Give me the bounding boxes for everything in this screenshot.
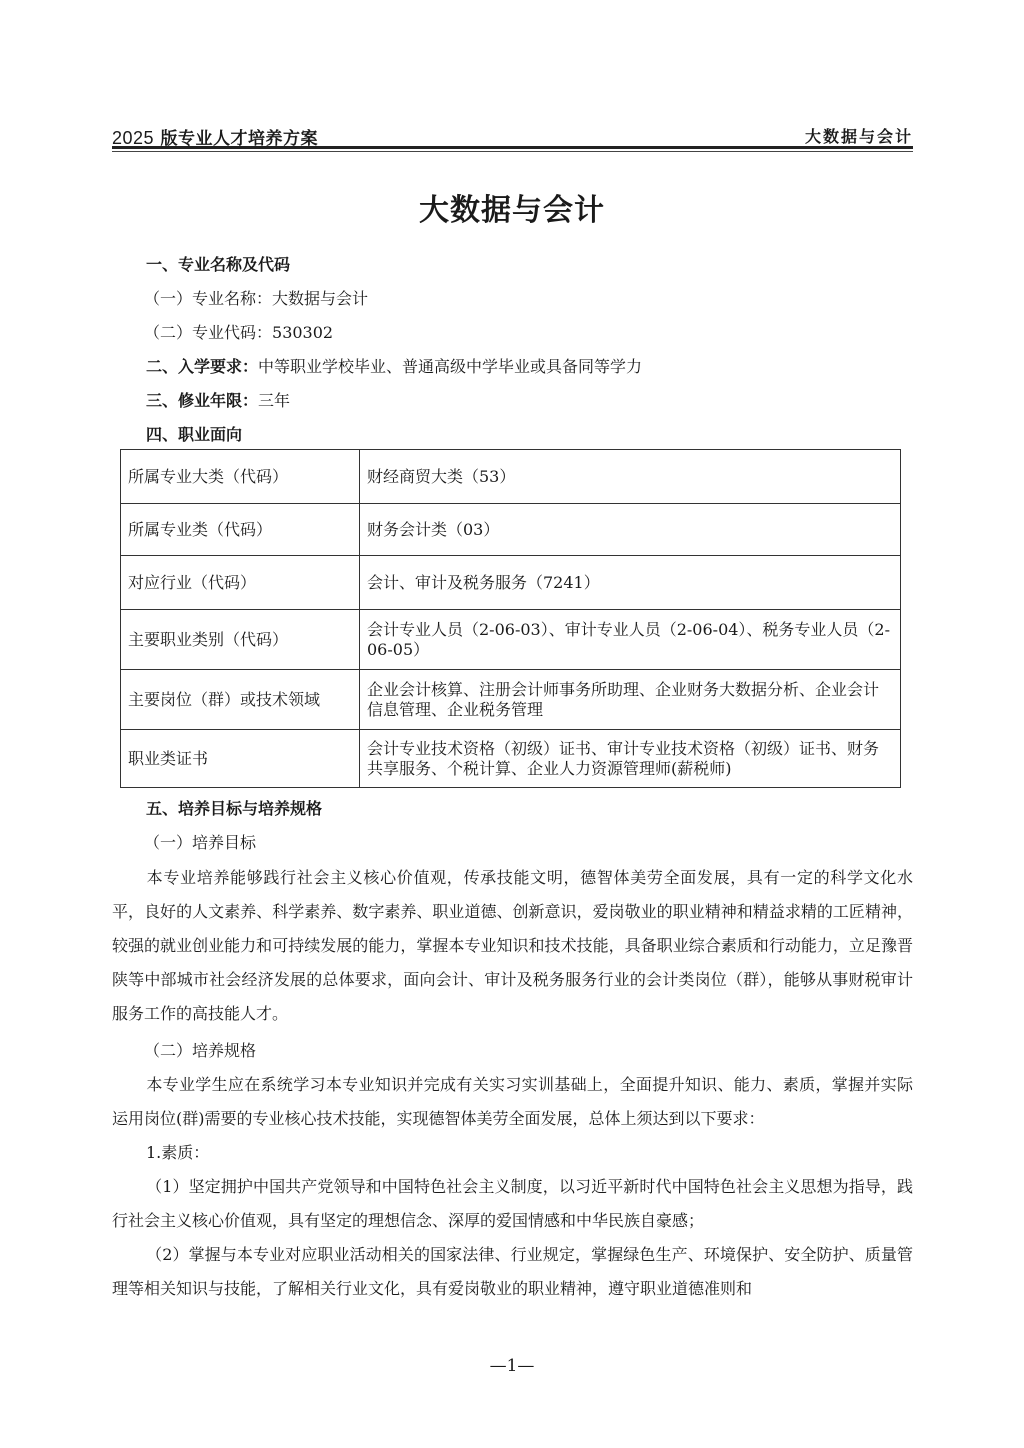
page-header: 2025 版专业人才培养方案 大数据与会计 bbox=[112, 124, 913, 148]
duration-heading: 三、修业年限： bbox=[146, 391, 258, 410]
training-goal-paragraph: 本专业培养能够践行社会主义核心价值观，传承技能文明，德智体美劳全面发展，具有一定… bbox=[112, 861, 913, 1031]
section5-heading: 五、培养目标与培养规格 bbox=[146, 798, 322, 820]
table-row: 主要岗位（群）或技术领域 企业会计核算、注册会计师事务所助理、企业财务大数据分析… bbox=[121, 670, 901, 730]
section4-heading: 四、职业面向 bbox=[146, 424, 242, 446]
quality-item-2: （2）掌握与本专业对应职业活动相关的国家法律、行业规定，掌握绿色生产、环境保护、… bbox=[112, 1238, 913, 1306]
career-orientation-table: 所属专业大类（代码） 财经商贸大类（53） 所属专业类（代码） 财务会计类（03… bbox=[120, 449, 901, 788]
page-title: 大数据与会计 bbox=[0, 185, 1024, 229]
table-row: 所属专业类（代码） 财务会计类（03） bbox=[121, 504, 901, 556]
training-goal-heading: （一）培养目标 bbox=[144, 832, 256, 854]
quality-item-1-text: （1）坚定拥护中国共产党领导和中国特色社会主义制度，以习近平新时代中国特色社会主… bbox=[112, 1177, 913, 1230]
table-row: 主要职业类别（代码） 会计专业人员（2-06-03）、审计专业人员（2-06-0… bbox=[121, 610, 901, 670]
table-cell-value: 财务会计类（03） bbox=[360, 504, 901, 556]
major-code-label: （二）专业代码： bbox=[144, 323, 272, 342]
header-major-name: 大数据与会计 bbox=[805, 124, 913, 147]
training-spec-text: 本专业学生应在系统学习本专业知识并完成有关实习实训基础上，全面提升知识、能力、素… bbox=[112, 1075, 913, 1128]
table-cell-value: 会计专业技术资格（初级）证书、审计专业技术资格（初级）证书、财务共享服务、个税计… bbox=[360, 730, 901, 788]
major-name-line: （一）专业名称：大数据与会计 bbox=[144, 288, 368, 310]
training-spec-heading: （二）培养规格 bbox=[144, 1040, 256, 1062]
header-rule bbox=[112, 146, 913, 149]
header-year: 2025 bbox=[112, 128, 154, 148]
quality-heading: 1.素质： bbox=[146, 1142, 209, 1164]
duration-line: 三、修业年限：三年 bbox=[146, 390, 290, 412]
major-name-label: （一）专业名称： bbox=[144, 289, 272, 308]
admission-line: 二、入学要求：中等职业学校毕业、普通高级中学毕业或具备同等学力 bbox=[146, 356, 642, 378]
major-code-line: （二）专业代码：530302 bbox=[144, 322, 333, 344]
table-cell-key: 职业类证书 bbox=[121, 730, 360, 788]
admission-value: 中等职业学校毕业、普通高级中学毕业或具备同等学力 bbox=[258, 357, 642, 376]
quality-item-1: （1）坚定拥护中国共产党领导和中国特色社会主义制度，以习近平新时代中国特色社会主… bbox=[112, 1170, 913, 1238]
table-cell-key: 所属专业类（代码） bbox=[121, 504, 360, 556]
table-cell-key: 所属专业大类（代码） bbox=[121, 450, 360, 504]
section1-heading: 一、专业名称及代码 bbox=[146, 254, 290, 276]
major-code-value: 530302 bbox=[272, 323, 333, 342]
table-cell-value: 企业会计核算、注册会计师事务所助理、企业财务大数据分析、企业会计信息管理、企业税… bbox=[360, 670, 901, 730]
table-cell-value: 会计、审计及税务服务（7241） bbox=[360, 556, 901, 610]
table-cell-key: 主要职业类别（代码） bbox=[121, 610, 360, 670]
major-name-value: 大数据与会计 bbox=[272, 289, 368, 308]
table-row: 所属专业大类（代码） 财经商贸大类（53） bbox=[121, 450, 901, 504]
quality-item-2-text: （2）掌握与本专业对应职业活动相关的国家法律、行业规定，掌握绿色生产、环境保护、… bbox=[112, 1245, 913, 1298]
header-rule-thin bbox=[112, 151, 913, 152]
table-row: 职业类证书 会计专业技术资格（初级）证书、审计专业技术资格（初级）证书、财务共享… bbox=[121, 730, 901, 788]
table-row: 对应行业（代码） 会计、审计及税务服务（7241） bbox=[121, 556, 901, 610]
duration-value: 三年 bbox=[258, 391, 290, 410]
table-cell-value: 财经商贸大类（53） bbox=[360, 450, 901, 504]
table-cell-value: 会计专业人员（2-06-03）、审计专业人员（2-06-04）、税务专业人员（2… bbox=[360, 610, 901, 670]
table-cell-key: 主要岗位（群）或技术领域 bbox=[121, 670, 360, 730]
admission-heading: 二、入学要求： bbox=[146, 357, 258, 376]
training-goal-text: 本专业培养能够践行社会主义核心价值观，传承技能文明，德智体美劳全面发展，具有一定… bbox=[112, 868, 913, 1023]
training-spec-paragraph: 本专业学生应在系统学习本专业知识并完成有关实习实训基础上，全面提升知识、能力、素… bbox=[112, 1068, 913, 1136]
table-cell-key: 对应行业（代码） bbox=[121, 556, 360, 610]
page-number: —1— bbox=[0, 1356, 1024, 1376]
